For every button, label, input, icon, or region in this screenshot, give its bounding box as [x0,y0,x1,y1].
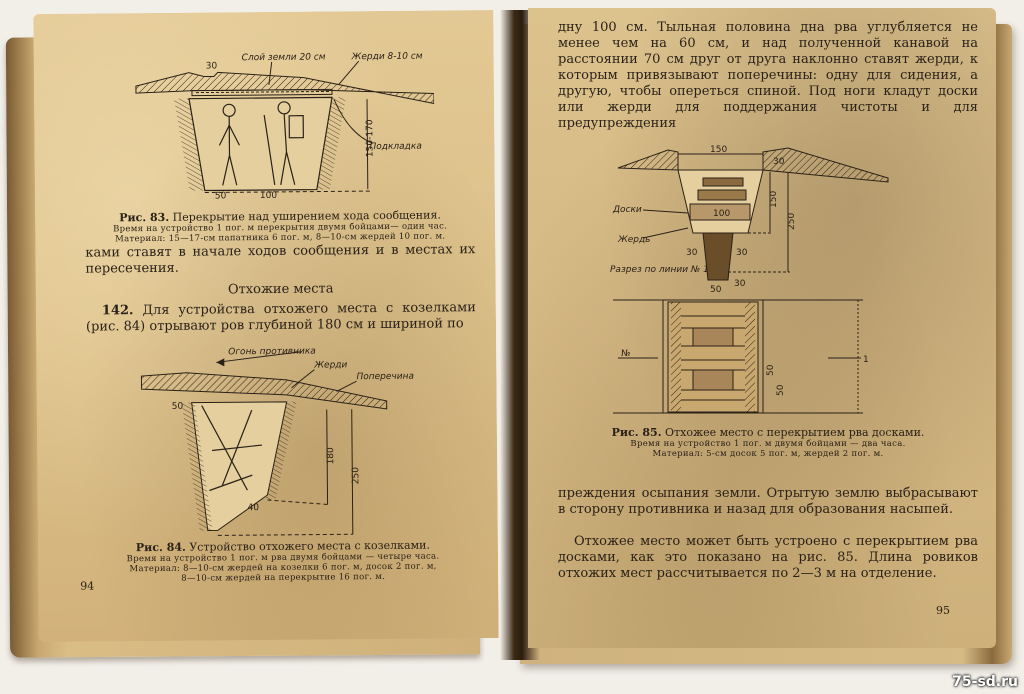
depth-a-dimension: 150 [769,191,779,208]
right-paragraph-1: дну 100 см. Тыльная половина дна рва угл… [558,20,978,132]
plan-dim-a: 50 [766,364,776,376]
depth-a-dimension: 180 [326,447,336,465]
soil-layer-label: Слой земли 20 см [242,52,326,63]
figure-85-time-note: Время на устройство 1 пог. м двумя бойца… [568,439,968,449]
plan-marker-right: 1 [863,355,869,365]
site-watermark: 75-sd.ru [952,674,1018,690]
bottom-width-dimension: 100 [260,191,278,201]
page-number-right: 95 [936,604,950,617]
plank-label: Подкладка [369,142,421,152]
left-paragraph-1: ками ставят в начале ходов сообщения и в… [85,242,475,277]
page-number-left: 94 [80,580,94,593]
figure-85-plan-diagram: № 1 50 50 [613,298,873,418]
figure-84-number: Рис. 84. [136,541,186,554]
plan-marker-left: № [621,349,630,359]
bottom-width-dimension: 50 [710,285,722,295]
poles-label: Жерди [313,360,347,370]
figure-83-diagram: 150-170 30 Слой земли 20 см Жерди 8-10 с… [134,39,435,202]
bottom-left-dimension: 50 [215,191,227,201]
boards-label: Доски [612,205,642,215]
right-paragraph-2: преждения осыпания земли. Отрытую землю … [558,486,978,518]
left-page: 150-170 30 Слой земли 20 см Жерди 8-10 с… [33,10,498,642]
plan-dim-b: 50 [776,384,786,396]
section-label: Разрез по линии № 1 [610,265,709,275]
top-dimension: 50 [172,402,184,412]
paragraph-number: 142. [102,303,134,318]
depth-b-dimension: 250 [787,213,797,230]
figure-84-caption-block: Рис. 84. Устройство отхожего места с коз… [88,538,478,584]
figure-85-section-diagram: 150 30 100 150 250 Доски Жердь 30 30 Раз… [588,140,908,300]
depth-b-dimension: 250 [351,467,361,485]
figure-83-caption-block: Рис. 83. Перекрытие над уширением хода с… [85,208,475,244]
poles-label: Жерди 8-10 см [351,52,423,63]
figure-85-number: Рис. 85. [612,426,662,439]
enemy-side-label: Огонь противника [228,347,316,358]
bottom-right-dimension: 30 [734,279,746,289]
pole-label: Жердь [617,235,650,245]
right-paragraph-3: Отхожее место может быть устроено с пере… [558,534,978,582]
figure-84-diagram: Огонь противника Жерди Поперечина 50 180… [136,339,438,542]
side-right-dimension: 30 [736,248,748,258]
mid-width-dimension: 100 [713,209,730,219]
top-dimension: 30 [206,61,218,71]
figure-83-number: Рис. 83. [119,211,169,224]
figure-85-caption-block: Рис. 85. Отхожее место с перекрытием рва… [568,426,968,459]
bottom-dimension: 40 [248,503,260,513]
section-heading: Отхожие места [86,280,476,298]
left-paragraph-2: 142. Для устройства отхожего места с коз… [86,300,476,335]
figure-85-material-note: Материал: 5-см досок 5 пог. м, жердей 2 … [568,449,968,459]
side-left-dimension: 30 [686,248,698,258]
top-right-dimension: 30 [773,157,785,167]
right-page: дну 100 см. Тыльная половина дна рва угл… [528,8,996,648]
figure-85-caption: Рис. 85. Отхожее место с перекрытием рва… [568,426,968,439]
crossbar-label: Поперечина [356,372,414,383]
top-width-dimension: 150 [710,145,727,155]
open-book: 150-170 30 Слой земли 20 см Жерди 8-10 с… [0,0,1024,694]
